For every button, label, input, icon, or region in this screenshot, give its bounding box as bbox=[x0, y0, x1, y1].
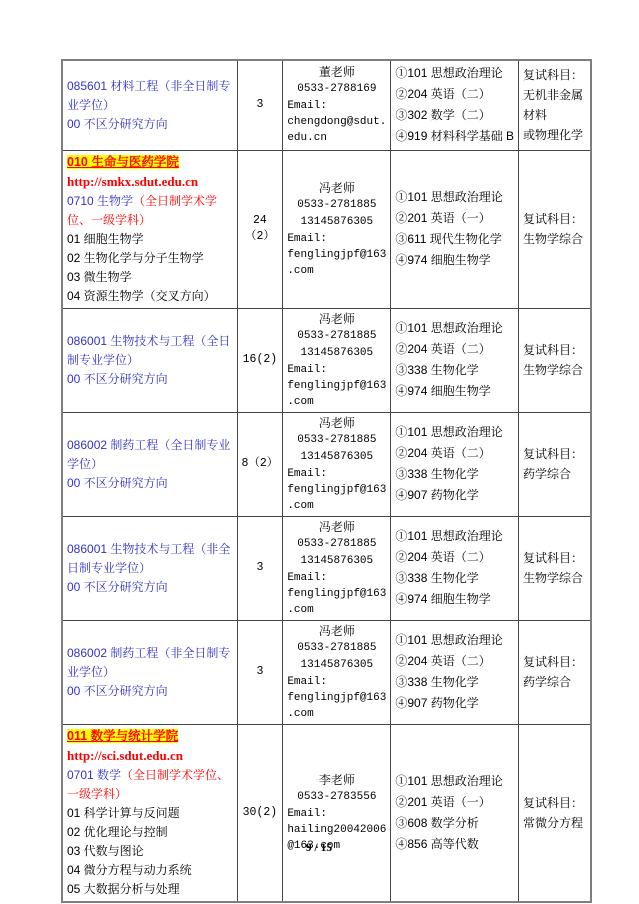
program-text: 0710 生物学 bbox=[67, 194, 133, 208]
exam-subject: ②204 英语（二） bbox=[395, 84, 514, 105]
retest-cell: 复试科目：生物学综合 bbox=[519, 516, 591, 620]
contact-phone: 0533-2788169 bbox=[287, 81, 386, 98]
program-line: 00 不区分研究方向 bbox=[67, 578, 233, 597]
contact-phone: 0533-2781885 bbox=[287, 432, 386, 449]
program-cell: 086001 生物技术与工程（全日制专业学位）00 不区分研究方向 bbox=[62, 308, 237, 412]
exam-subject: ①101 思想政治理论 bbox=[395, 771, 514, 792]
contact-name: 冯老师 bbox=[287, 415, 386, 432]
page-number: 9 / 15 bbox=[61, 842, 577, 854]
subjects-cell: ①101 思想政治理论②201 英语（一）③611 现代生物化学④974 细胞生… bbox=[391, 150, 519, 308]
exam-subject: ③302 数学（二） bbox=[395, 105, 514, 126]
exam-subject: ①101 思想政治理论 bbox=[395, 422, 514, 443]
retest-subject: 无机非金属 bbox=[523, 85, 586, 105]
program-line: 02 优化理论与控制 bbox=[67, 823, 233, 842]
subjects-cell: ①101 思想政治理论②201 英语（一）③608 数学分析④856 高等代数 bbox=[391, 724, 519, 902]
exam-subject: ②204 英语（二） bbox=[395, 651, 514, 672]
program-line: 086002 制药工程（非全日制专业学位） bbox=[67, 644, 233, 682]
contact-email: fenglingjpf@163 bbox=[287, 482, 386, 498]
exam-subject: ③338 生物化学 bbox=[395, 360, 514, 381]
contact-email: Email: bbox=[287, 806, 386, 822]
program-line: 05 大数据分析与处理 bbox=[67, 880, 233, 899]
retest-subject: 复试科目： bbox=[523, 652, 586, 672]
program-line: 0701 数学（全日制学术学位、一级学科） bbox=[67, 766, 233, 804]
contact-cell: 李老师0533-2783556Email:hailing20042006@163… bbox=[283, 724, 391, 902]
contact-cell: 冯老师0533-278188513145876305Email:fengling… bbox=[283, 620, 391, 724]
retest-subject: 生物学综合 bbox=[523, 229, 586, 249]
retest-subject: 复试科目： bbox=[523, 548, 586, 568]
contact-phone: 0533-2781885 bbox=[287, 197, 386, 214]
contact-cell: 冯老师0533-278188513145876305Email:fengling… bbox=[283, 150, 391, 308]
retest-cell: 复试科目：无机非金属材料或物理化学 bbox=[519, 60, 591, 150]
quota-cell: 30(2) bbox=[237, 724, 283, 902]
program-line: 00 不区分研究方向 bbox=[67, 682, 233, 701]
program-text: 085601 材料工程（非全日制专业学位） bbox=[67, 79, 230, 112]
contact-phone: 0533-2781885 bbox=[287, 640, 386, 657]
program-text: 086001 生物技术与工程（全日制专业学位） bbox=[67, 334, 230, 367]
program-line: 04 微分方程与动力系统 bbox=[67, 861, 233, 880]
program-text: 086002 制药工程（全日制专业学位） bbox=[67, 438, 230, 471]
quota-value: （2） bbox=[242, 229, 279, 245]
program-cell: 086001 生物技术与工程（非全日制专业学位）00 不区分研究方向 bbox=[62, 516, 237, 620]
retest-subject: 复试科目： bbox=[523, 65, 586, 85]
program-cell: 010 生命与医药学院http://smkx.sdut.edu.cn0710 生… bbox=[62, 150, 237, 308]
exam-subject: ②201 英语（一） bbox=[395, 208, 514, 229]
retest-subject: 复试科目： bbox=[523, 209, 586, 229]
exam-subject: ②204 英语（二） bbox=[395, 443, 514, 464]
retest-subject: 复试科目： bbox=[523, 340, 586, 360]
quota-value: 16(2) bbox=[242, 352, 279, 368]
subjects-cell: ①101 思想政治理论②204 英语（二）③338 生物化学④974 细胞生物学 bbox=[391, 516, 519, 620]
contact-email: edu.cn bbox=[287, 130, 386, 146]
table-row: 011 数学与统计学院http://sci.sdut.edu.cn0701 数学… bbox=[62, 724, 591, 902]
retest-subject: 常微分方程 bbox=[523, 813, 586, 833]
exam-subject: ④974 细胞生物学 bbox=[395, 589, 514, 610]
program-line: 04 资源生物学（交叉方向） bbox=[67, 287, 233, 306]
retest-subject: 材料 bbox=[523, 105, 586, 125]
exam-subject: ③338 生物化学 bbox=[395, 464, 514, 485]
retest-subject: 复试科目： bbox=[523, 793, 586, 813]
exam-subject: ③338 生物化学 bbox=[395, 568, 514, 589]
contact-email: .com bbox=[287, 394, 386, 410]
subjects-cell: ①101 思想政治理论②204 英语（二）③338 生物化学④907 药物化学 bbox=[391, 620, 519, 724]
program-line: 00 不区分研究方向 bbox=[67, 474, 233, 493]
quota-cell: 8（2） bbox=[237, 412, 283, 516]
quota-value: 8（2） bbox=[242, 456, 279, 472]
program-line: 00 不区分研究方向 bbox=[67, 370, 233, 389]
retest-subject: 生物学综合 bbox=[523, 568, 586, 588]
program-text: 00 不区分研究方向 bbox=[67, 684, 168, 698]
subjects-cell: ①101 思想政治理论②204 英语（二）③338 生物化学④974 细胞生物学 bbox=[391, 308, 519, 412]
program-line: 0710 生物学（全日制学术学位、一级学科） bbox=[67, 192, 233, 230]
contact-name: 冯老师 bbox=[287, 623, 386, 640]
program-line: 086001 生物技术与工程（全日制专业学位） bbox=[67, 332, 233, 370]
exam-subject: ③608 数学分析 bbox=[395, 813, 514, 834]
contact-email: Email: bbox=[287, 231, 386, 247]
quota-cell: 3 bbox=[237, 620, 283, 724]
quota-value: 3 bbox=[242, 664, 279, 680]
contact-email: hailing20042006 bbox=[287, 822, 386, 838]
subjects-cell: ①101 思想政治理论②204 英语（二）③302 数学（二）④919 材料科学… bbox=[391, 60, 519, 150]
exam-subject: ④974 细胞生物学 bbox=[395, 250, 514, 271]
exam-subject: ②201 英语（一） bbox=[395, 792, 514, 813]
research-direction-text: 01 细胞生物学 bbox=[67, 232, 144, 246]
contact-email: .com bbox=[287, 602, 386, 618]
department-header: 010 生命与医药学院 bbox=[67, 155, 179, 169]
program-cell: 085601 材料工程（非全日制专业学位）00 不区分研究方向 bbox=[62, 60, 237, 150]
program-text: 00 不区分研究方向 bbox=[67, 372, 168, 386]
research-direction-text: 05 大数据分析与处理 bbox=[67, 882, 180, 896]
program-line: 085601 材料工程（非全日制专业学位） bbox=[67, 77, 233, 115]
retest-cell: 复试科目：生物学综合 bbox=[519, 308, 591, 412]
exam-subject: ④907 药物化学 bbox=[395, 485, 514, 506]
contact-email: fenglingjpf@163 bbox=[287, 378, 386, 394]
quota-value: 3 bbox=[242, 560, 279, 576]
table-row: 086001 生物技术与工程（全日制专业学位）00 不区分研究方向16(2)冯老… bbox=[62, 308, 591, 412]
program-cell: 086002 制药工程（非全日制专业学位）00 不区分研究方向 bbox=[62, 620, 237, 724]
retest-subject: 或物理化学 bbox=[523, 125, 586, 145]
quota-value: 3 bbox=[242, 97, 279, 113]
contact-phone: 0533-2783556 bbox=[287, 789, 386, 806]
program-text: 086002 制药工程（非全日制专业学位） bbox=[67, 646, 230, 679]
quota-cell: 3 bbox=[237, 60, 283, 150]
document-page: 085601 材料工程（非全日制专业学位）00 不区分研究方向3董老师0533-… bbox=[0, 0, 639, 904]
research-direction-text: 02 生物化学与分子生物学 bbox=[67, 251, 204, 265]
retest-cell: 复试科目：常微分方程 bbox=[519, 724, 591, 902]
table-row: 010 生命与医药学院http://smkx.sdut.edu.cn0710 生… bbox=[62, 150, 591, 308]
contact-email: fenglingjpf@163 bbox=[287, 586, 386, 602]
program-text: 086001 生物技术与工程（非全日制专业学位） bbox=[67, 542, 230, 575]
admissions-table-body: 085601 材料工程（非全日制专业学位）00 不区分研究方向3董老师0533-… bbox=[62, 60, 591, 902]
department-url[interactable]: http://sci.sdut.edu.cn bbox=[67, 748, 183, 763]
contact-cell: 董老师0533-2788169Email:chengdong@sdut.edu.… bbox=[283, 60, 391, 150]
contact-name: 冯老师 bbox=[287, 519, 386, 536]
quota-value: 24 bbox=[242, 213, 279, 229]
exam-subject: ①101 思想政治理论 bbox=[395, 526, 514, 547]
research-direction-text: 01 科学计算与反问题 bbox=[67, 806, 180, 820]
admissions-table: 085601 材料工程（非全日制专业学位）00 不区分研究方向3董老师0533-… bbox=[61, 59, 592, 903]
quota-value: 30(2) bbox=[242, 805, 279, 821]
exam-subject: ③611 现代生物化学 bbox=[395, 229, 514, 250]
contact-email: Email: bbox=[287, 466, 386, 482]
retest-cell: 复试科目：药学综合 bbox=[519, 620, 591, 724]
program-line: http://sci.sdut.edu.cn bbox=[67, 746, 233, 766]
contact-name: 冯老师 bbox=[287, 311, 386, 328]
department-url[interactable]: http://smkx.sdut.edu.cn bbox=[67, 174, 198, 189]
exam-subject: ②204 英语（二） bbox=[395, 547, 514, 568]
table-row: 085601 材料工程（非全日制专业学位）00 不区分研究方向3董老师0533-… bbox=[62, 60, 591, 150]
program-text: 00 不区分研究方向 bbox=[67, 117, 168, 131]
contact-email: .com bbox=[287, 706, 386, 722]
program-cell: 011 数学与统计学院http://sci.sdut.edu.cn0701 数学… bbox=[62, 724, 237, 902]
contact-email: Email: bbox=[287, 674, 386, 690]
department-header: 011 数学与统计学院 bbox=[67, 729, 178, 743]
exam-subject: ④907 药物化学 bbox=[395, 693, 514, 714]
contact-phone: 0533-2781885 bbox=[287, 536, 386, 553]
contact-cell: 冯老师0533-278188513145876305Email:fengling… bbox=[283, 308, 391, 412]
quota-cell: 16(2) bbox=[237, 308, 283, 412]
exam-subject: ①101 思想政治理论 bbox=[395, 63, 514, 84]
program-line: 00 不区分研究方向 bbox=[67, 115, 233, 134]
exam-subject: ③338 生物化学 bbox=[395, 672, 514, 693]
retest-subject: 药学综合 bbox=[523, 672, 586, 692]
contact-email: Email: bbox=[287, 362, 386, 378]
program-text: 00 不区分研究方向 bbox=[67, 476, 168, 490]
exam-subject: ①101 思想政治理论 bbox=[395, 630, 514, 651]
contact-email: .com bbox=[287, 263, 386, 279]
quota-cell: 24（2） bbox=[237, 150, 283, 308]
contact-name: 李老师 bbox=[287, 772, 386, 789]
contact-phone: 13145876305 bbox=[287, 345, 386, 362]
exam-subject: ①101 思想政治理论 bbox=[395, 318, 514, 339]
exam-subject: ②204 英语（二） bbox=[395, 339, 514, 360]
program-line: 01 细胞生物学 bbox=[67, 230, 233, 249]
exam-subject: ④919 材料科学基础 B bbox=[395, 126, 514, 147]
contact-email: fenglingjpf@163 bbox=[287, 690, 386, 706]
program-line: 01 科学计算与反问题 bbox=[67, 804, 233, 823]
contact-email: Email: bbox=[287, 570, 386, 586]
contact-email: Email: bbox=[287, 98, 386, 114]
program-line: 010 生命与医药学院 bbox=[67, 153, 233, 172]
program-text: 00 不区分研究方向 bbox=[67, 580, 168, 594]
contact-email: .com bbox=[287, 498, 386, 514]
research-direction-text: 04 微分方程与动力系统 bbox=[67, 863, 192, 877]
contact-phone: 13145876305 bbox=[287, 553, 386, 570]
research-direction-text: 03 微生物学 bbox=[67, 270, 132, 284]
contact-phone: 13145876305 bbox=[287, 214, 386, 231]
retest-subject: 药学综合 bbox=[523, 464, 586, 484]
quota-cell: 3 bbox=[237, 516, 283, 620]
retest-cell: 复试科目：生物学综合 bbox=[519, 150, 591, 308]
program-line: 086001 生物技术与工程（非全日制专业学位） bbox=[67, 540, 233, 578]
program-line: 03 微生物学 bbox=[67, 268, 233, 287]
table-row: 086002 制药工程（非全日制专业学位）00 不区分研究方向3冯老师0533-… bbox=[62, 620, 591, 724]
exam-subject: ①101 思想政治理论 bbox=[395, 187, 514, 208]
table-row: 086002 制药工程（全日制专业学位）00 不区分研究方向8（2）冯老师053… bbox=[62, 412, 591, 516]
retest-subject: 生物学综合 bbox=[523, 360, 586, 380]
retest-cell: 复试科目：药学综合 bbox=[519, 412, 591, 516]
research-direction-text: 04 资源生物学（交叉方向） bbox=[67, 289, 216, 303]
table-row: 086001 生物技术与工程（非全日制专业学位）00 不区分研究方向3冯老师05… bbox=[62, 516, 591, 620]
exam-subject: ④974 细胞生物学 bbox=[395, 381, 514, 402]
contact-phone: 0533-2781885 bbox=[287, 328, 386, 345]
program-line: 011 数学与统计学院 bbox=[67, 727, 233, 746]
program-line: 02 生物化学与分子生物学 bbox=[67, 249, 233, 268]
program-line: http://smkx.sdut.edu.cn bbox=[67, 172, 233, 192]
program-line: 086002 制药工程（全日制专业学位） bbox=[67, 436, 233, 474]
retest-subject: 复试科目： bbox=[523, 444, 586, 464]
contact-name: 冯老师 bbox=[287, 180, 386, 197]
research-direction-text: 02 优化理论与控制 bbox=[67, 825, 168, 839]
contact-cell: 冯老师0533-278188513145876305Email:fengling… bbox=[283, 412, 391, 516]
contact-phone: 13145876305 bbox=[287, 449, 386, 466]
program-cell: 086002 制药工程（全日制专业学位）00 不区分研究方向 bbox=[62, 412, 237, 516]
contact-phone: 13145876305 bbox=[287, 657, 386, 674]
contact-email: fenglingjpf@163 bbox=[287, 247, 386, 263]
program-text: 0701 数学 bbox=[67, 768, 121, 782]
subjects-cell: ①101 思想政治理论②204 英语（二）③338 生物化学④907 药物化学 bbox=[391, 412, 519, 516]
contact-email: chengdong@sdut. bbox=[287, 114, 386, 130]
contact-cell: 冯老师0533-278188513145876305Email:fengling… bbox=[283, 516, 391, 620]
contact-name: 董老师 bbox=[287, 64, 386, 81]
